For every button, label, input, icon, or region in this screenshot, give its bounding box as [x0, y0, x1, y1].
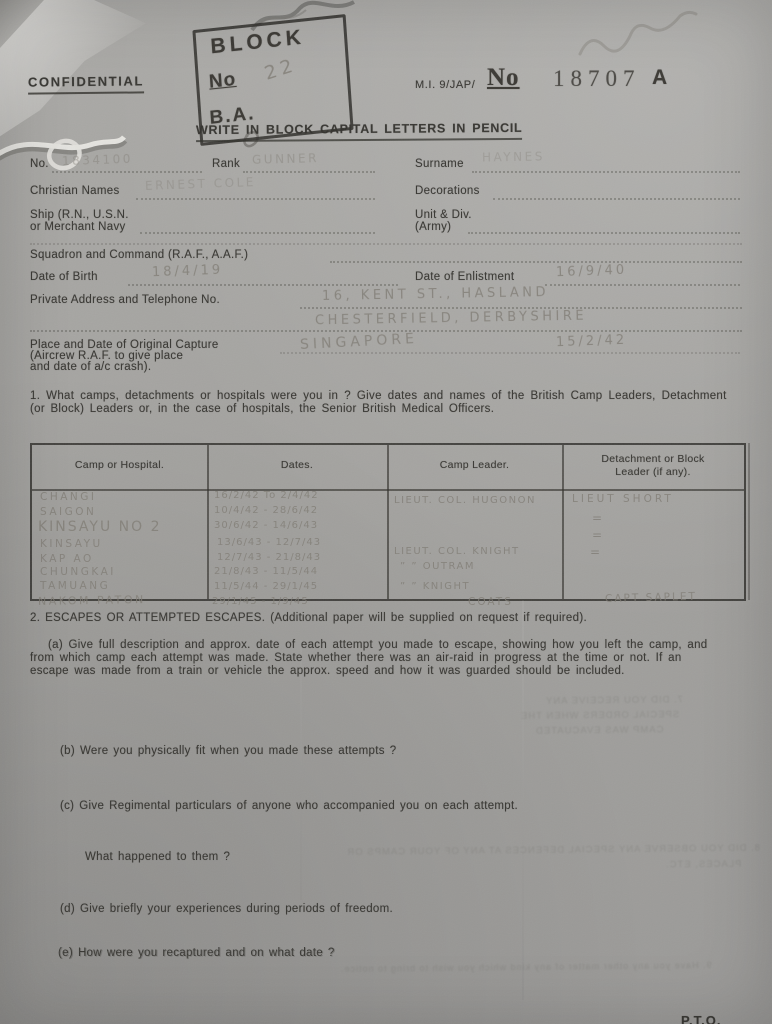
overflow-camp-handwriting: NAKOM PATON — [38, 593, 146, 608]
question2a-line3: escape was made from a train or vehicle … — [30, 665, 625, 677]
paper-crease — [300, 640, 302, 900]
illegible-bleedthrough-text: 8. DID YOU OBSERVE ANY SPECIAL DEFENCES … — [300, 843, 760, 859]
illegible-bleedthrough-text: SPECIAL ORDERS WHEN THE — [520, 709, 679, 722]
rank-label: Rank — [212, 158, 240, 170]
table-header-camp: Camp or Hospital. — [32, 459, 207, 471]
question2c: (c) Give Regimental particulars of anyon… — [60, 800, 518, 812]
camp-entry: KAP AO — [40, 553, 94, 565]
table-header-block-leader-line2: Leader (if any). — [562, 466, 744, 478]
dates-entry: 12/7/43 - 21/8/43 — [217, 552, 321, 563]
camp-entry: CHANGI — [40, 491, 97, 503]
number-symbol-stamp: No — [487, 64, 520, 92]
question2a-line2: from which camp each attempt was made. S… — [30, 652, 682, 664]
table-header-dates: Dates. — [207, 459, 387, 471]
ship-label-line1: Ship (R.N., U.S.N. — [30, 209, 129, 221]
table-outer-rule — [748, 443, 750, 600]
question2d: (d) Give briefly your experiences during… — [60, 903, 393, 915]
dob-label: Date of Birth — [30, 271, 98, 283]
leader-entry: ” ” KNIGHT — [400, 581, 470, 592]
christian-names-dotted-line — [136, 198, 375, 200]
unit-dotted-line — [468, 232, 740, 234]
question2b: (b) Were you physically fit when you mad… — [60, 745, 396, 757]
rank-value-handwriting: GUNNER — [252, 151, 319, 167]
decorations-dotted-line — [493, 198, 740, 200]
camp-entry: KINSAYU — [40, 538, 103, 550]
ditto-mark: = — [592, 511, 605, 525]
question1-line2: (or Block) Leaders or, in the case of ho… — [30, 403, 494, 415]
address-value2-handwriting: CHESTERFIELD, DERBYSHIRE — [315, 309, 587, 329]
enlistment-value-handwriting: 16/9/40 — [556, 263, 628, 280]
rank-dotted-line — [243, 171, 375, 173]
question1-line1: 1. What camps, detachments or hospitals … — [30, 390, 727, 402]
christian-names-label: Christian Names — [30, 185, 120, 197]
dates-entry: 10/4/42 - 28/6/42 — [214, 505, 318, 516]
leader-entry: LIEUT. COL. HUGONON — [394, 495, 536, 506]
question2a-line1: (a) Give full description and approx. da… — [48, 639, 707, 651]
dob-dotted-line — [128, 284, 398, 286]
table-header-rule — [32, 489, 744, 491]
unit-label-line2: (Army) — [415, 221, 451, 233]
dates-entry: 21/8/43 - 11/5/44 — [214, 566, 318, 577]
scanned-form-page: CONFIDENTIAL BLOCK No 22 B.A. M.I. 9/JAP… — [0, 0, 772, 1024]
confidential-label: CONFIDENTIAL — [28, 73, 144, 94]
camps-table: Camp or Hospital. Dates. Camp Leader. De… — [30, 443, 746, 601]
table-header-leader: Camp Leader. — [387, 459, 562, 471]
decorations-label: Decorations — [415, 185, 480, 197]
camp-entry: SAIGON — [40, 506, 96, 518]
instruction-heading: WRITE IN BLOCK CAPITAL LETTERS IN PENCIL — [196, 121, 522, 142]
surname-label: Surname — [415, 158, 464, 170]
capture-dotted-line — [280, 352, 740, 354]
pencil-scribble — [572, 8, 732, 68]
leader-entry: LIEUT. COL. KNIGHT — [394, 546, 520, 557]
capture-place-handwriting: SINGAPORE — [300, 331, 419, 353]
pto-label: P.T.O. — [681, 1013, 721, 1024]
address-value1-handwriting: 16, KENT ST., HASLAND — [322, 285, 549, 304]
form-reference: M.I. 9/JAP/ — [415, 79, 475, 91]
no-value-handwriting: 1834100 — [62, 152, 133, 168]
illegible-bleedthrough-text: CAMP WAS EVACUATED — [535, 724, 664, 736]
camp-entry: KINSAYU NO 2 — [38, 519, 162, 535]
illegible-bleedthrough-text: 9. Have you any other matter of any kind… — [340, 960, 712, 974]
dob-value-handwriting: 18/4/19 — [152, 263, 224, 280]
squadron-label: Squadron and Command (R.A.F., A.A.F.) — [30, 249, 248, 261]
overflow-leader-handwriting: COATS — [468, 596, 513, 608]
address-dotted-line1 — [300, 307, 742, 309]
dates-entry: 13/6/43 - 12/7/43 — [217, 537, 321, 548]
ship-dotted-line — [140, 232, 375, 234]
question2-heading: 2. ESCAPES OR ATTEMPTED ESCAPES. (Additi… — [30, 612, 587, 624]
ditto-mark: = — [590, 545, 603, 559]
serial-number-stamp: 18707 — [553, 66, 641, 92]
unit-label-line1: Unit & Div. — [415, 209, 472, 221]
ditto-mark: = — [592, 528, 605, 542]
no-dotted-line — [52, 171, 202, 173]
ship-label-line2: or Merchant Navy — [30, 221, 126, 233]
series-letter-stamp: A — [652, 66, 667, 90]
capture-label-line3: and date of a/c crash). — [30, 361, 151, 373]
illegible-bleedthrough-text: PLACES, ETC. — [665, 859, 742, 871]
overflow-block-leader-handwriting: CAPT SAPLET — [605, 591, 697, 605]
enlistment-dotted-line — [545, 284, 740, 286]
surname-value-handwriting: HAYNES — [482, 149, 545, 164]
dates-entry: 11/5/44 - 29/1/45 — [214, 581, 318, 592]
camp-entry: CHUNGKAI — [40, 566, 116, 578]
stamp-no-word: No — [208, 69, 237, 94]
question2e: (e) How were you recaptured and on what … — [58, 947, 335, 959]
no-label: No. — [30, 158, 49, 170]
section-dotted-line — [30, 243, 742, 245]
table-header-block-leader-line1: Detachment or Block — [562, 453, 744, 465]
enlistment-label: Date of Enlistment — [415, 271, 514, 283]
block-leader-entry: LIEUT SHORT — [572, 493, 674, 505]
illegible-bleedthrough-text: 7. DID YOU RECEIVE ANY — [545, 694, 683, 706]
address-label: Private Address and Telephone No. — [30, 294, 220, 306]
dates-entry: 30/6/42 - 14/6/43 — [214, 520, 318, 531]
paper-crease — [522, 600, 524, 1000]
question2c-followup: What happened to them ? — [85, 851, 230, 863]
capture-date-handwriting: 15/2/42 — [556, 333, 628, 350]
stamp-handwritten-number: 22 — [262, 54, 299, 85]
squadron-dotted-line — [330, 261, 742, 263]
surname-dotted-line — [472, 171, 740, 173]
dates-entry: 16/2/42 To 2/4/42 — [214, 490, 319, 501]
camp-entry: TAMUANG — [40, 580, 110, 592]
overflow-dates-handwriting: 29/1/45 - 1/9/45 — [212, 596, 309, 607]
leader-entry: ” ” OUTRAM — [400, 561, 475, 572]
